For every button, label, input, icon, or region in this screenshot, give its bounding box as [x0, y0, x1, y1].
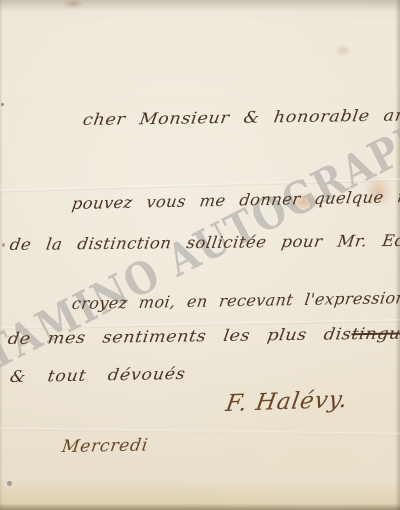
- letter-paper: TAMINO AUTOGRAPHS cher Monsieur & honora…: [0, 0, 400, 510]
- paper-speck: [2, 243, 5, 247]
- signature: F. Halévy.: [224, 387, 350, 417]
- body-line-3: croyez moi, en recevant l'expression: [71, 288, 400, 313]
- body-line-2: de la distinction sollicitée pour Mr. Ed…: [9, 231, 400, 254]
- paper-speck: [7, 481, 12, 486]
- fold-crease-bottom: [0, 427, 400, 436]
- body-line-4-text: de mes sentiments les plus dis: [7, 324, 353, 348]
- ink-stain: [334, 44, 352, 57]
- dateline: Mercredi: [61, 435, 150, 457]
- salutation-line: cher Monsieur & honorable ami,: [82, 105, 400, 129]
- closing-line: & tout dévoués: [9, 364, 187, 386]
- paper-left-edge-shadow: [0, 0, 3, 510]
- paper-speck: [1, 103, 4, 106]
- paper-bottom-edge-shadow: [0, 504, 400, 510]
- body-line-1: pouvez vous me donner quelque nouvelle: [71, 186, 400, 213]
- paper-top-edge-shadow: [0, 0, 400, 13]
- strikethrough-word: tingués: [350, 323, 400, 343]
